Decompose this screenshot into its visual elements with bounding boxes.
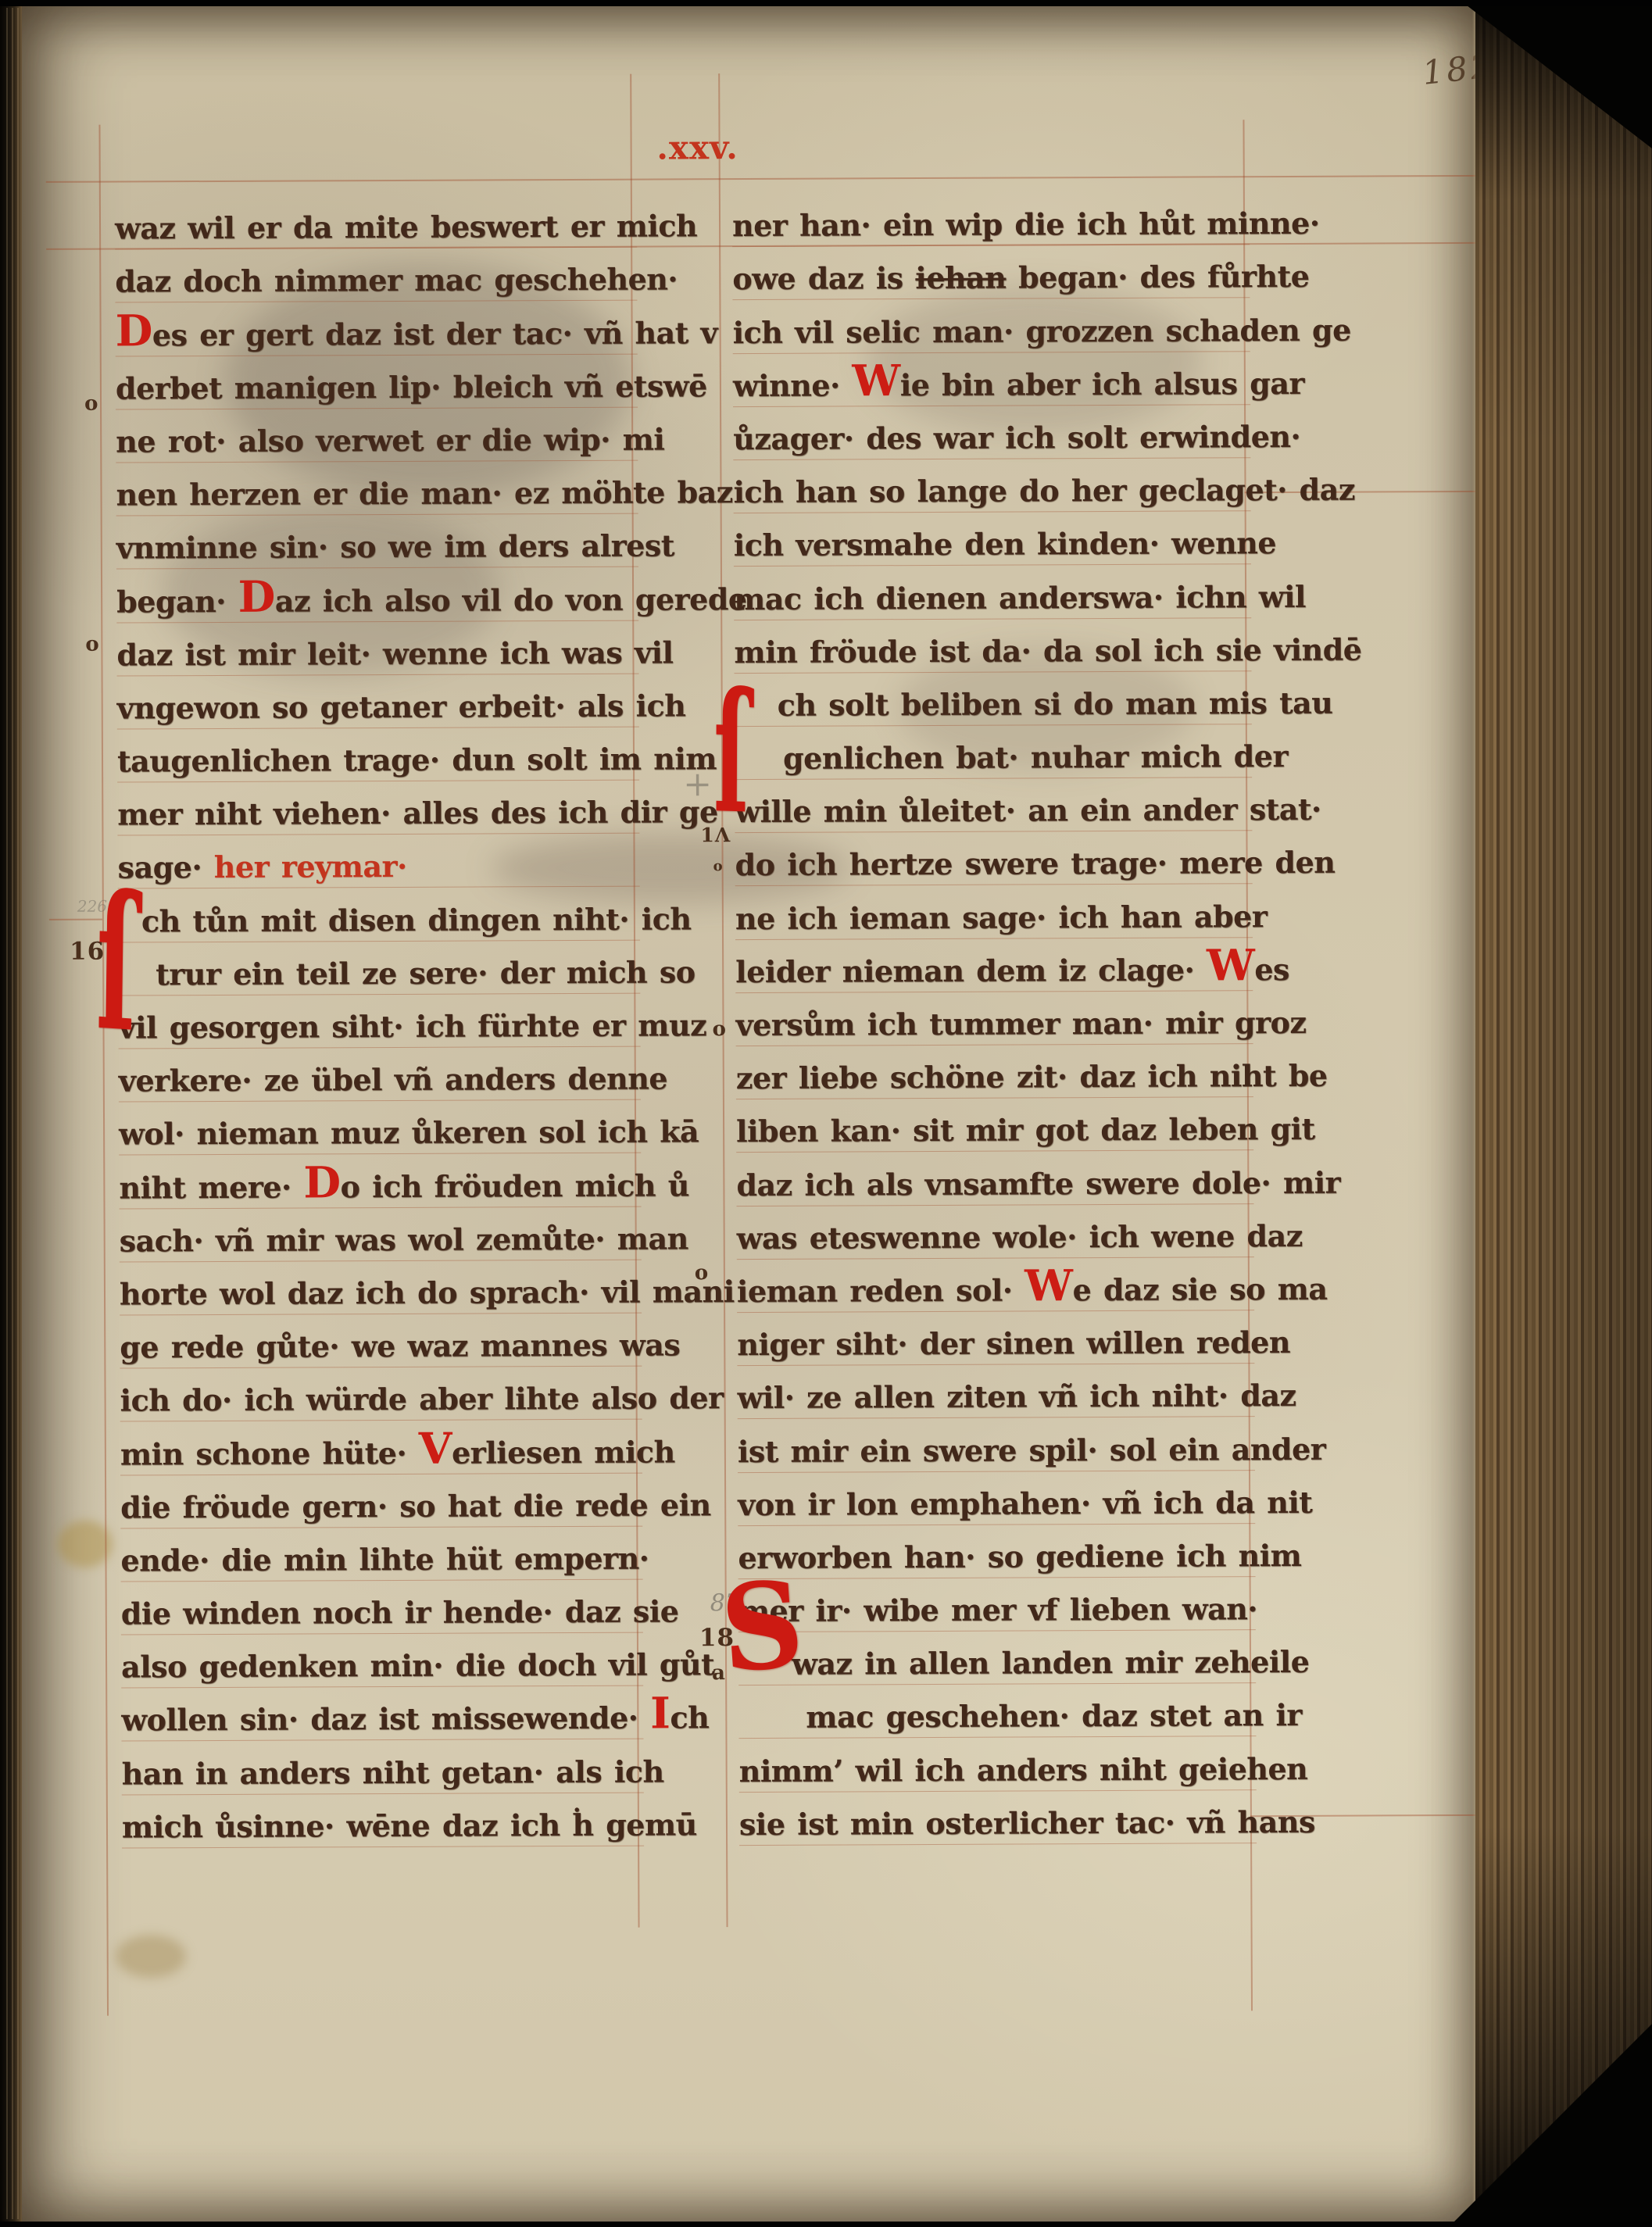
ink-text: mer niht viehen· alles des ich dir ge	[117, 794, 717, 831]
text-line: Des er gert daz ist der tac· vñ hat v	[115, 301, 637, 356]
ink-text: leider nieman dem iz clage·	[735, 952, 1207, 989]
ink-text: e daz sie so ma	[1072, 1271, 1327, 1307]
text-line: ich versmahe den kinden· wenne	[734, 511, 1251, 567]
ink-text: daz doch nimmer mac geschehen·	[115, 262, 678, 299]
manuscript-photo: .xxv. 182 waz wil er da mite beswert er …	[0, 0, 1652, 2227]
ink-text: vnminne sin· so we im ders alrest	[116, 528, 674, 566]
ink-text: ne ich ieman sage· ich han aber	[735, 899, 1268, 936]
ink-text: ch	[670, 1700, 709, 1735]
ruling-vertical	[98, 125, 109, 2016]
chapter-heading: .xxv.	[619, 128, 775, 167]
ink-text: erworben han· so gediene ich nim	[738, 1538, 1301, 1575]
text-line-content: min schone hüte· Verliesen mich	[120, 1434, 675, 1475]
text-line: also gedenken min· die doch vil gůt	[121, 1633, 643, 1689]
ink-text: owe daz is	[732, 260, 915, 296]
ink-text: ie bin aber ich alsus gar	[900, 366, 1304, 402]
ink-text: ge rede gůte· we waz mannes was	[120, 1328, 680, 1365]
text-line-content: wollen sin· daz ist missewende· Ich	[121, 1700, 709, 1741]
ink-text: o ich fröuden mich ů	[341, 1167, 689, 1204]
ink-text: az ich also vil do von gerede	[275, 581, 747, 619]
text-line-content: mer niht viehen· alles des ich dir ge	[117, 794, 718, 835]
text-line-content: mer ir· wibe mer vf lieben wan·	[738, 1591, 1258, 1632]
text-line: began· Daz ich also vil do von gerede	[116, 567, 638, 623]
text-line-content: ner han· ein wip die ich hůt minne·	[732, 206, 1320, 246]
text-line-content: mac geschehen· daz stet an ir	[738, 1697, 1302, 1738]
ink-text: daz ich als vnsamfte swere dole· mir	[736, 1164, 1340, 1202]
text-line-content: min fröude ist da· da sol ich sie vindē	[734, 631, 1361, 673]
photo-background-band	[0, 0, 1652, 6]
text-line: ieman reden sol· We daz sie so ma	[737, 1257, 1254, 1313]
text-line: mer ir· wibe mer vf lieben wan·	[738, 1577, 1256, 1632]
text-line-content: sach· vñ mir was wol zemůte· man	[120, 1221, 688, 1261]
text-line: verkere· ze übel vñ anders denne	[119, 1047, 641, 1103]
text-line: ge rede gůte· we waz mannes was	[120, 1314, 642, 1369]
ink-text: es	[1254, 952, 1289, 987]
text-line-content: ende· die min lihte hüt empern·	[120, 1540, 649, 1581]
text-line: owe daz is iehan began· des fůrhte	[732, 245, 1250, 300]
text-line: genlichen bat· nuhar mich der	[735, 724, 1252, 780]
ink-text: wol· nieman muz ůkeren sol ich kā	[119, 1114, 699, 1152]
ink-text: do ich hertze swere trage· mere den	[735, 845, 1336, 882]
ink-text: mac geschehen· daz stet an ir	[806, 1697, 1302, 1735]
text-line-content: ich han so lange do her geclaget· daz	[733, 472, 1355, 513]
text-line: niger siht· der sinen willen reden	[737, 1310, 1254, 1366]
text-line: liben kan· sit mir got daz leben git	[736, 1097, 1253, 1153]
text-line: horte wol daz ich do sprach· vil mani	[120, 1260, 642, 1315]
page-edge-line	[12, 8, 13, 2219]
text-line-content: wil· ze allen ziten vñ ich niht· daz	[737, 1378, 1296, 1418]
text-line-content: ich do· ich würde aber lihte also der	[120, 1380, 723, 1421]
text-line: wollen sin· daz ist missewende· Ich	[121, 1686, 643, 1742]
rubricated-initial: D	[115, 305, 152, 356]
text-line-content: liben kan· sit mir got daz leben git	[736, 1111, 1315, 1152]
text-line: ůzager· des war ich solt erwinden·	[733, 405, 1250, 460]
ink-text: also gedenken min· die doch vil gůt	[121, 1646, 714, 1684]
text-line: nimm’ wil ich anders niht geiehen	[738, 1737, 1256, 1793]
book-fore-edge	[1475, 0, 1652, 2227]
ink-text: sie ist min osterlicher tac· vñ hans	[739, 1804, 1315, 1842]
text-line-content: versům ich tummer man· mir groz	[735, 1005, 1306, 1046]
ink-text: niht mere·	[119, 1169, 303, 1205]
text-line: die fröude gern· so hat die rede ein	[120, 1473, 642, 1528]
text-line: was eteswenne wole· ich wene daz	[737, 1204, 1254, 1260]
text-line-content: mich ůsinne· wēne daz ich ḣ gemū	[122, 1807, 697, 1847]
text-line: waz wil er da mite beswert er mich	[115, 195, 637, 250]
text-line-content: leider nieman dem iz clage· Wes	[735, 952, 1289, 992]
text-line: vil gesorgen siht· ich fürhte er muz	[118, 993, 640, 1049]
text-line-content: vngewon so getaner erbeit· als ich	[117, 688, 686, 728]
ink-text: began· des fůrhte	[1006, 259, 1309, 295]
text-line: mac ich dienen anderswa· ichn wil	[734, 565, 1251, 620]
text-line: ist mir ein swere spil· sol ein ander	[738, 1417, 1255, 1472]
text-line-content: daz ich als vnsamfte swere dole· mir	[736, 1164, 1340, 1205]
ink-text: began·	[116, 583, 238, 619]
text-line: ich do· ich würde aber lihte also der	[120, 1367, 642, 1422]
text-line: ich vil selic man· grozzen schaden ge	[732, 298, 1250, 354]
text-line-content: do ich hertze swere trage· mere den	[735, 845, 1336, 885]
text-line: wil· ze allen ziten vñ ich niht· daz	[737, 1364, 1254, 1419]
text-line-content: waz wil er da mite beswert er mich	[115, 208, 697, 248]
ink-text: waz wil er da mite beswert er mich	[115, 208, 697, 245]
text-line-content: ne ich ieman sage· ich han aber	[735, 899, 1268, 939]
text-line: daz ich als vnsamfte swere dole· mir	[736, 1151, 1253, 1206]
rubricated-initial: W	[1024, 1260, 1073, 1310]
text-line-content: sie ist min osterlicher tac· vñ hans	[739, 1804, 1315, 1845]
text-line-content: die winden noch ir hende· daz sie	[121, 1593, 679, 1634]
ink-text: trur ein teil ze sere· der mich so	[156, 954, 695, 992]
text-line-content: niht mere· Do ich fröuden mich ů	[119, 1167, 689, 1208]
text-line-content: nen herzen er die man· ez möhte baz	[116, 474, 732, 515]
text-line-content: was eteswenne wole· ich wene daz	[737, 1218, 1303, 1259]
text-line: han in anders niht getan· als ich	[122, 1739, 644, 1795]
text-line-content: von ir lon emphahen· vñ ich da nit	[738, 1485, 1312, 1525]
text-line-content: ne rot· also verwet er die wip· mi	[116, 421, 664, 462]
ink-text: ieman reden sol·	[737, 1272, 1024, 1309]
text-line-content: genlichen bat· nuhar mich der	[735, 738, 1288, 779]
text-line: sach· vñ mir was wol zemůte· man	[120, 1206, 642, 1262]
text-line-content: wille min ůleitet· an ein ander stat·	[735, 792, 1321, 832]
ink-text: mer ir· wibe mer vf lieben wan·	[738, 1591, 1258, 1628]
text-line: ende· die min lihte hüt empern·	[120, 1526, 642, 1582]
text-line-content: niger siht· der sinen willen reden	[737, 1324, 1290, 1365]
ruling-horizontal	[46, 174, 1617, 183]
text-line-content: zer liebe schöne zit· daz ich niht be	[736, 1058, 1328, 1099]
ink-text: ůzager· des war ich solt erwinden·	[733, 419, 1300, 456]
text-line: leider nieman dem iz clage· Wes	[735, 938, 1253, 993]
ink-text: mich ůsinne· wēne daz ich ḣ gemū	[122, 1807, 697, 1844]
text-line: niht mere· Do ich fröuden mich ů	[119, 1153, 641, 1209]
ink-text: nimm’ wil ich anders niht geiehen	[739, 1751, 1308, 1789]
text-line: ch solt beliben si do man mis tau	[735, 671, 1252, 727]
text-line: taugenlichen trage· dun solt im nim	[117, 727, 639, 782]
text-line: ne ich ieman sage· ich han aber	[735, 885, 1253, 940]
ink-text: ich versmahe den kinden· wenne	[734, 525, 1276, 563]
text-line: sie ist min osterlicher tac· vñ hans	[739, 1790, 1257, 1846]
ink-text: mac ich dienen anderswa· ichn wil	[734, 578, 1306, 616]
rubricated-initial: W	[852, 355, 900, 406]
text-line: ich han so lange do her geclaget· daz	[733, 458, 1250, 513]
text-column-left: waz wil er da mite beswert er michdaz do…	[115, 195, 644, 1849]
ruling-vertical	[718, 73, 728, 1927]
text-line: ner han· ein wip die ich hůt minne·	[732, 191, 1250, 247]
ink-text: winne·	[733, 367, 853, 403]
rubricated-initial: D	[238, 570, 274, 621]
rubricated-initial: I	[650, 1688, 670, 1739]
text-line-content: nimm’ wil ich anders niht geiehen	[739, 1751, 1308, 1792]
text-line-content: waz in allen landen mir zeheile	[738, 1644, 1309, 1685]
text-line: die winden noch ir hende· daz sie	[121, 1579, 643, 1635]
text-line-content: ch solt beliben si do man mis tau	[735, 685, 1333, 726]
rubricated-initial: V	[419, 1422, 452, 1473]
ink-text: liben kan· sit mir got daz leben git	[736, 1111, 1315, 1149]
text-line-content: daz ist mir leit· wenne ich was vil	[116, 634, 673, 675]
ink-text: daz ist mir leit· wenne ich was vil	[116, 634, 673, 672]
ink-text: was eteswenne wole· ich wene daz	[737, 1218, 1303, 1256]
text-line: ne rot· also verwet er die wip· mi	[116, 407, 638, 463]
ink-text: zer liebe schöne zit· daz ich niht be	[736, 1058, 1328, 1096]
text-line-content: ich vil selic man· grozzen schaden ge	[733, 312, 1351, 352]
text-line-content: wol· nieman muz ůkeren sol ich kā	[119, 1114, 699, 1155]
ink-text: die fröude gern· so hat die rede ein	[120, 1487, 711, 1525]
ink-text: verkere· ze übel vñ anders denne	[119, 1061, 667, 1099]
text-line-content: winne· Wie bin aber ich alsus gar	[733, 366, 1304, 406]
ink-text: horte wol daz ich do sprach· vil mani	[120, 1274, 735, 1311]
margin-mark: o	[84, 392, 98, 416]
fore-edge-shading	[1475, 0, 1652, 2227]
page-content: .xxv. 182 waz wil er da mite beswert er …	[17, 2, 1482, 2225]
text-line-content: also gedenken min· die doch vil gůt	[121, 1646, 714, 1687]
text-line-content: daz doch nimmer mac geschehen·	[115, 262, 678, 302]
text-line-content: ch tůn mit disen dingen niht· ich	[118, 901, 692, 942]
rubricated-initial: W	[1207, 939, 1255, 990]
text-line-content: trur ein teil ze sere· der mich so	[118, 954, 695, 995]
ink-text: genlichen bat· nuhar mich der	[783, 738, 1288, 776]
ink-text: ich han so lange do her geclaget· daz	[733, 472, 1355, 509]
text-line: mich ůsinne· wēne daz ich ḣ gemū	[122, 1793, 644, 1848]
text-line-content: ich versmahe den kinden· wenne	[734, 525, 1276, 566]
text-line: zer liebe schöne zit· daz ich niht be	[736, 1044, 1253, 1099]
text-line: min fröude ist da· da sol ich sie vindē	[734, 618, 1251, 674]
margin-mark: 16	[70, 938, 105, 966]
photo-background-band	[0, 2222, 1652, 2227]
text-line-content: ge rede gůte· we waz mannes was	[120, 1328, 680, 1368]
ink-text: wollen sin· daz ist missewende·	[121, 1700, 650, 1738]
ink-text: min fröude ist da· da sol ich sie vindē	[734, 631, 1361, 670]
ink-text: wille min ůleitet· an ein ander stat·	[735, 792, 1321, 829]
ink-text: es er gert daz ist der tac· vñ hat v	[152, 315, 717, 352]
ink-text: ch tůn mit disen dingen niht· ich	[141, 901, 692, 938]
text-line-content: began· Daz ich also vil do von gerede	[116, 581, 747, 623]
ink-text: erliesen mich	[452, 1434, 675, 1470]
ink-text: wil· ze allen ziten vñ ich niht· daz	[737, 1378, 1296, 1415]
ink-text: versům ich tummer man· mir groz	[735, 1005, 1306, 1042]
text-line-content: ůzager· des war ich solt erwinden·	[733, 419, 1300, 459]
text-column-right: ner han· ein wip die ich hůt minne·owe d…	[732, 191, 1257, 1846]
text-line-content: sage· her reymar·	[118, 849, 407, 888]
page-edge-line	[6, 8, 8, 2219]
ink-text: vil gesorgen siht· ich fürhte er muz	[118, 1007, 706, 1045]
text-line: daz ist mir leit· wenne ich was vil	[116, 620, 638, 676]
text-line: derbet manigen lip· bleich vñ etswē	[116, 354, 638, 409]
rubric-text: her reymar·	[214, 849, 407, 885]
text-line-content: vil gesorgen siht· ich fürhte er muz	[118, 1007, 706, 1048]
text-line: wille min ůleitet· an ein ander stat·	[735, 777, 1252, 833]
text-line: daz doch nimmer mac geschehen·	[115, 248, 637, 303]
text-line: versům ich tummer man· mir groz	[735, 991, 1253, 1046]
text-line-content: Des er gert daz ist der tac· vñ hat v	[116, 315, 718, 356]
ink-text: sach· vñ mir was wol zemůte· man	[120, 1221, 688, 1258]
text-line-content: verkere· ze übel vñ anders denne	[119, 1061, 667, 1102]
ink-text: die winden noch ir hende· daz sie	[121, 1593, 679, 1631]
text-line: ch tůn mit disen dingen niht· ich	[118, 887, 640, 942]
text-line: do ich hertze swere trage· mere den	[735, 831, 1252, 886]
struck-text: iehan	[915, 260, 1006, 296]
ink-text: nen herzen er die man· ez möhte baz	[116, 474, 732, 512]
text-line: wol· nieman muz ůkeren sol ich kā	[119, 1100, 641, 1156]
text-line: waz in allen landen mir zeheile	[738, 1630, 1256, 1685]
ink-text: ende· die min lihte hüt empern·	[120, 1540, 649, 1578]
text-line: vnminne sin· so we im ders alrest	[116, 514, 638, 570]
text-line: min schone hüte· Verliesen mich	[120, 1420, 642, 1475]
ink-text: min schone hüte·	[120, 1435, 419, 1471]
ink-text: niger siht· der sinen willen reden	[737, 1324, 1290, 1362]
ink-text: waz in allen landen mir zeheile	[792, 1644, 1309, 1682]
text-line: mac geschehen· daz stet an ir	[738, 1683, 1256, 1739]
text-line-content: taugenlichen trage· dun solt im nim	[117, 741, 717, 781]
ink-text: ist mir ein swere spil· sol ein ander	[738, 1431, 1326, 1468]
ruling-horizontal	[49, 919, 102, 920]
ink-text: von ir lon emphahen· vñ ich da nit	[738, 1485, 1312, 1522]
text-line: mer niht viehen· alles des ich dir ge	[117, 781, 639, 836]
text-line-content: ist mir ein swere spil· sol ein ander	[738, 1431, 1326, 1471]
text-line-content: han in anders niht getan· als ich	[122, 1753, 664, 1794]
text-line-content: vnminne sin· so we im ders alrest	[116, 528, 674, 569]
text-line-content: mac ich dienen anderswa· ichn wil	[734, 578, 1306, 619]
text-line: sage· her reymar·	[117, 834, 639, 889]
ink-text: vngewon so getaner erbeit· als ich	[117, 688, 686, 725]
text-line-content: owe daz is iehan began· des fůrhte	[732, 259, 1309, 299]
ink-text: han in anders niht getan· als ich	[122, 1753, 664, 1791]
ink-text: taugenlichen trage· dun solt im nim	[117, 741, 717, 778]
parchment-page: .xxv. 182 waz wil er da mite beswert er …	[22, 5, 1477, 2222]
text-line: vngewon so getaner erbeit· als ich	[117, 674, 639, 729]
text-line-content: derbet manigen lip· bleich vñ etswē	[116, 368, 707, 409]
text-line-content: ieman reden sol· We daz sie so ma	[737, 1271, 1328, 1312]
ink-text: sage·	[118, 849, 214, 885]
ink-text: ich do· ich würde aber lihte also der	[120, 1380, 723, 1417]
ink-text: ch solt beliben si do man mis tau	[778, 685, 1333, 723]
text-line: winne· Wie bin aber ich alsus gar	[733, 352, 1250, 407]
text-line: erworben han· so gediene ich nim	[738, 1524, 1255, 1579]
text-line: trur ein teil ze sere· der mich so	[118, 940, 640, 996]
text-line: nen herzen er die man· ez möhte baz	[116, 461, 638, 517]
text-line-content: die fröude gern· so hat die rede ein	[120, 1487, 711, 1528]
rubricated-initial: D	[303, 1156, 340, 1207]
margin-mark: o	[85, 633, 98, 656]
ink-text: derbet manigen lip· bleich vñ etswē	[116, 368, 707, 406]
ink-text: ner han· ein wip die ich hůt minne·	[732, 206, 1320, 243]
ink-text: ich vil selic man· grozzen schaden ge	[733, 312, 1351, 349]
text-line-content: erworben han· so gediene ich nim	[738, 1538, 1301, 1578]
text-line: von ir lon emphahen· vñ ich da nit	[738, 1471, 1255, 1526]
ink-text: ne rot· also verwet er die wip· mi	[116, 421, 664, 459]
text-line-content: horte wol daz ich do sprach· vil mani	[120, 1274, 735, 1314]
